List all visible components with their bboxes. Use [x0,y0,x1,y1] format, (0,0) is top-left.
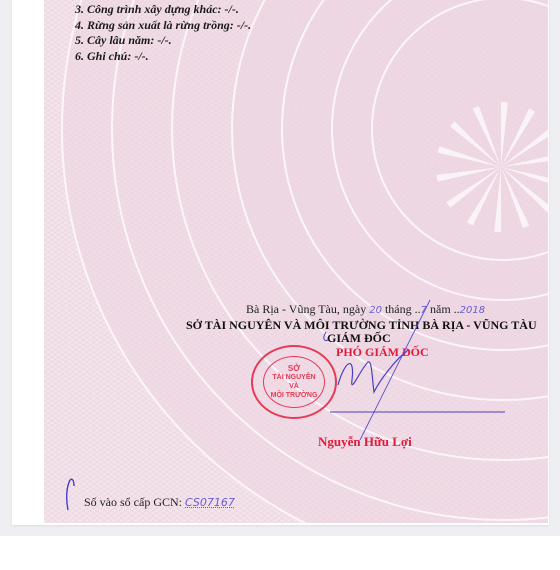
gcn-number: CS07167 [185,496,235,509]
signature-ink [0,0,560,570]
initial-stroke [67,479,74,510]
signer-name: Nguyễn Hữu Lợi [318,434,412,450]
gcn-label: Số vào sổ cấp GCN: [84,495,182,509]
signature-stroke [338,350,408,392]
gcn-record: Số vào sổ cấp GCN: CS07167 [84,495,235,510]
